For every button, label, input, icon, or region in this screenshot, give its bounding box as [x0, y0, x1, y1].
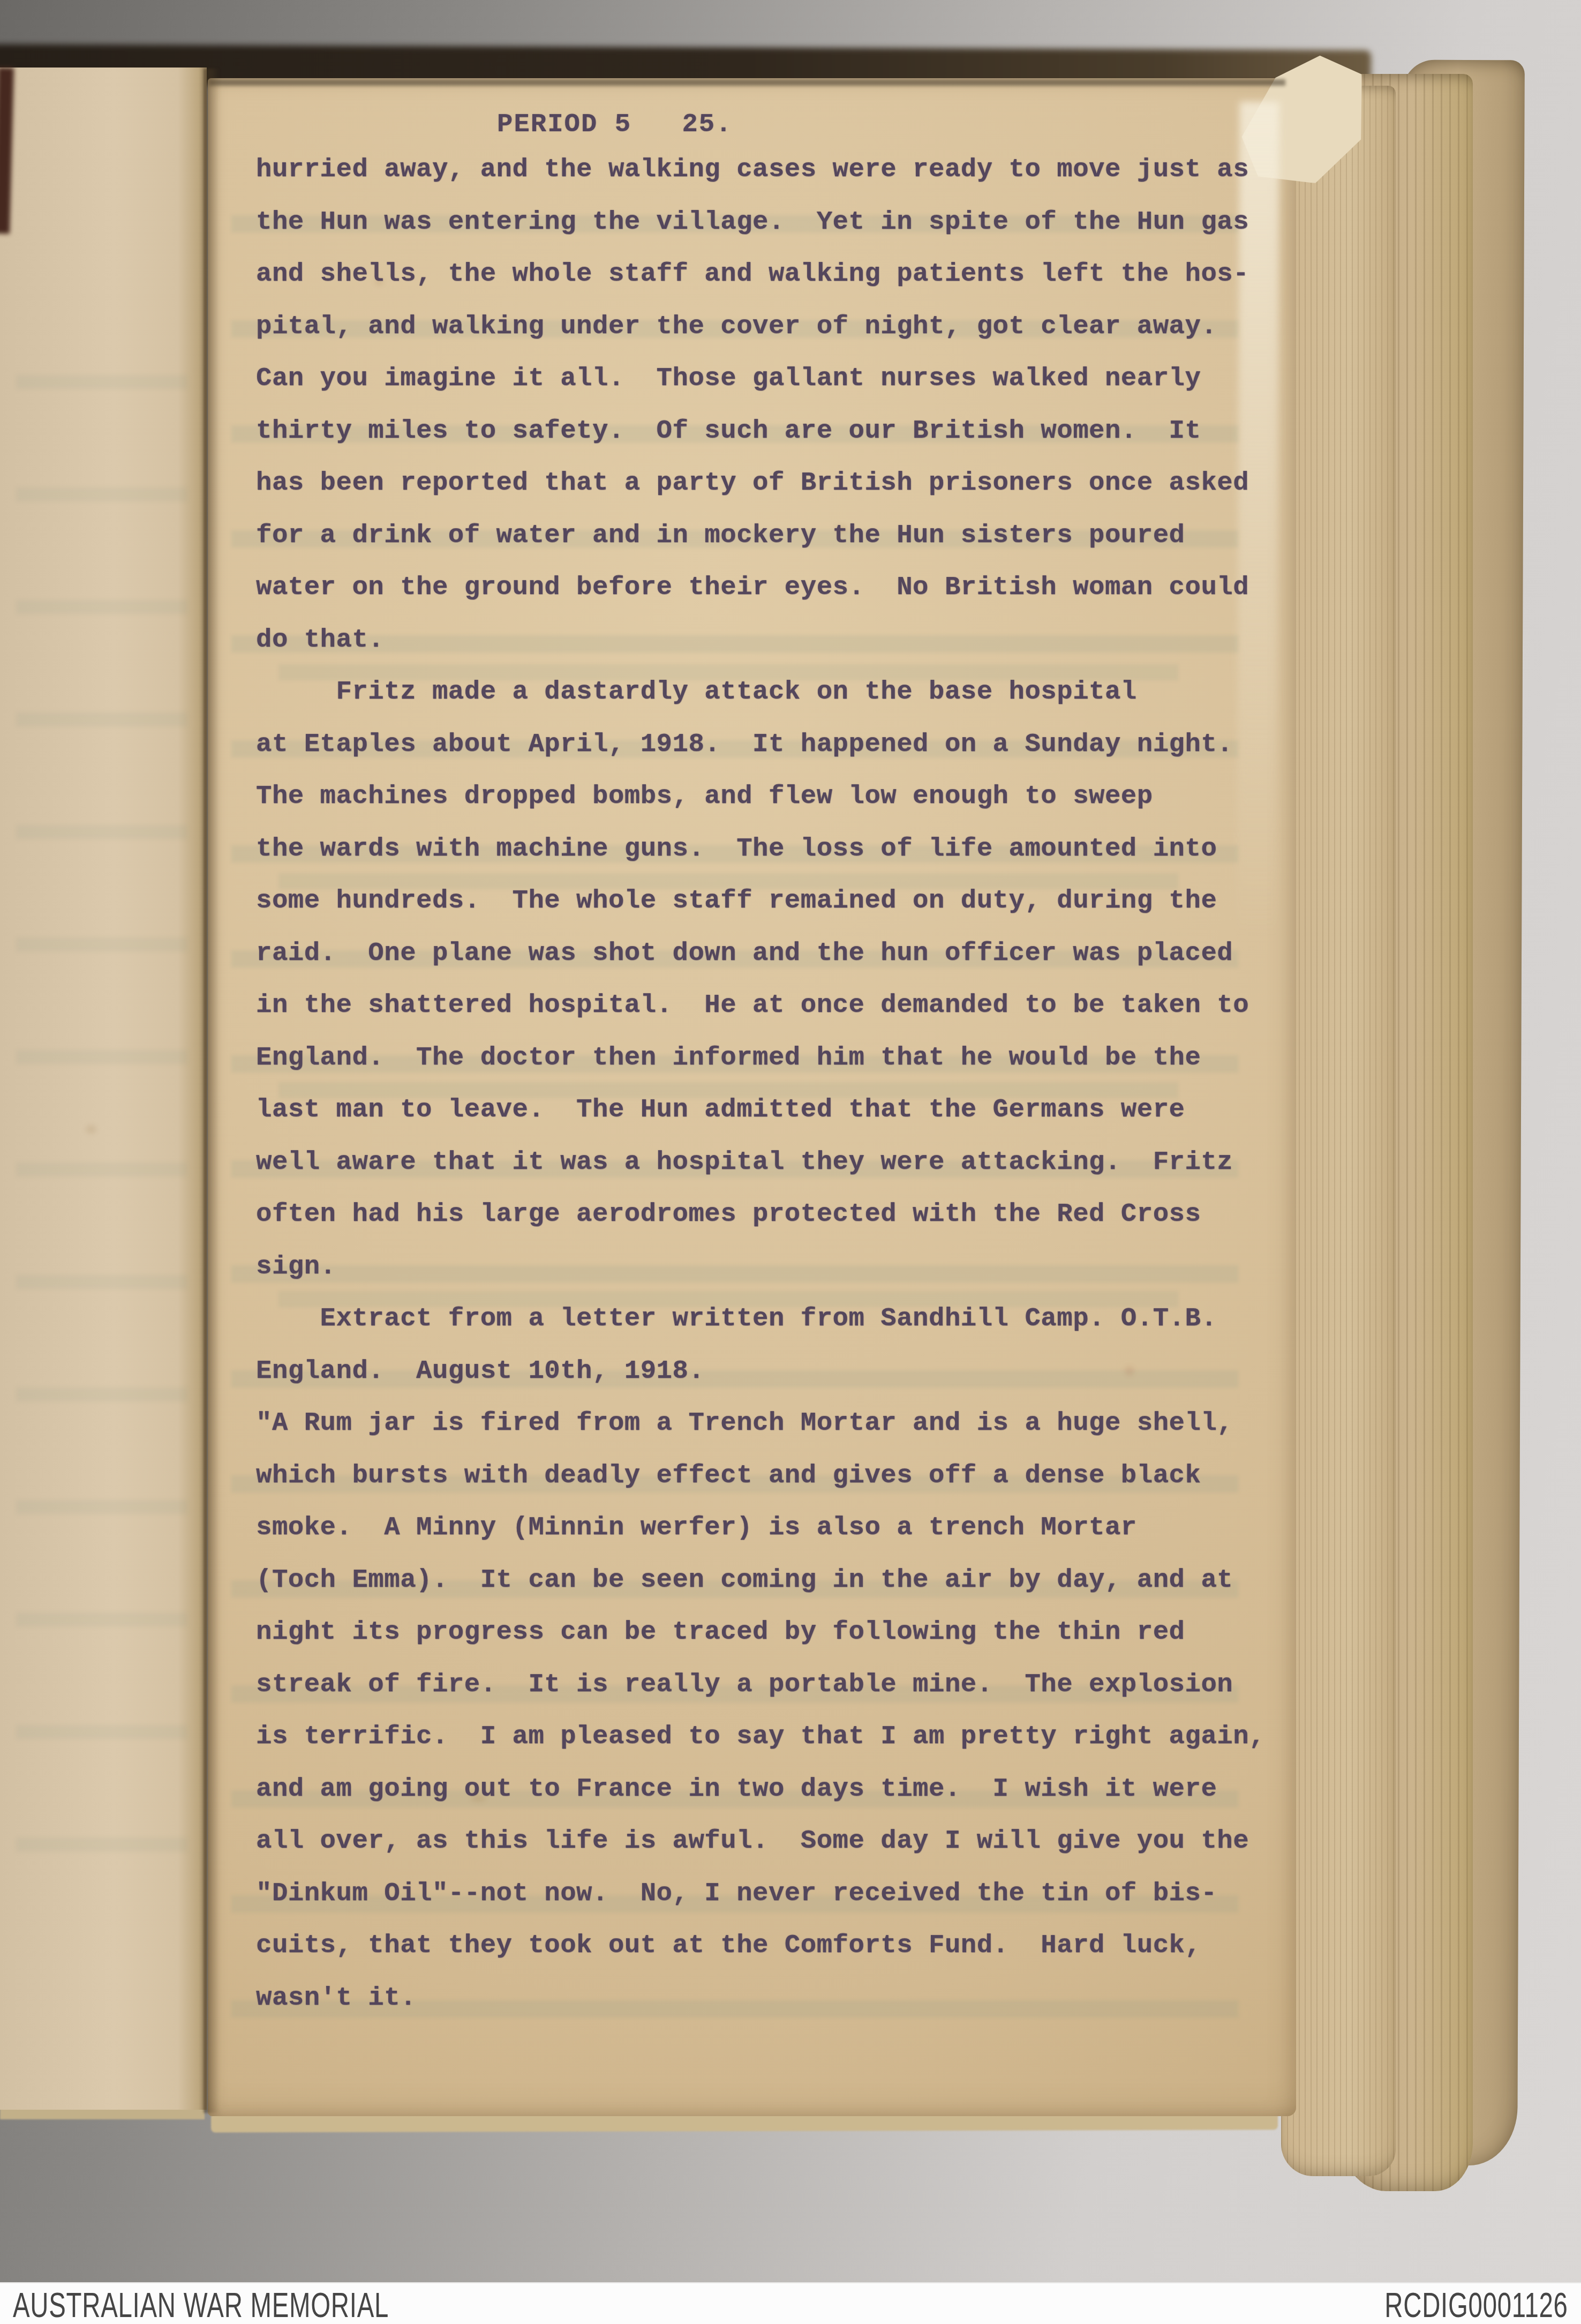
- typed-line: the wards with machine guns. The loss of…: [256, 823, 1316, 875]
- typed-line: all over, as this life is awful. Some da…: [256, 1815, 1316, 1868]
- typed-line: streak of fire. It is really a portable …: [256, 1659, 1316, 1711]
- typed-line: which bursts with deadly effect and give…: [256, 1450, 1316, 1502]
- typed-line: pital, and walking under the cover of ni…: [256, 301, 1316, 353]
- institution-name: AUSTRALIAN WAR MEMORIAL: [13, 2283, 389, 2324]
- typed-line: Can you imagine it all. Those gallant nu…: [256, 353, 1316, 405]
- typed-line: night its progress can be traced by foll…: [256, 1606, 1316, 1659]
- typed-line: raid. One plane was shot down and the hu…: [256, 927, 1316, 980]
- page-top-edge-streak: [209, 79, 1285, 86]
- typed-line: (Toch Emma). It can be seen coming in th…: [256, 1554, 1316, 1607]
- typed-line: at Etaples about April, 1918. It happene…: [256, 718, 1316, 771]
- typed-line: "Dinkum Oil"--not now. No, I never recei…: [256, 1868, 1316, 1920]
- typed-line: the Hun was entering the village. Yet in…: [256, 196, 1316, 249]
- typed-line: England. August 10th, 1918.: [256, 1345, 1316, 1398]
- book-gutter-shadow: [204, 69, 220, 2113]
- typed-line: water on the ground before their eyes. N…: [256, 561, 1316, 614]
- typed-line: and shells, the whole staff and walking …: [256, 248, 1316, 301]
- typed-line: sign.: [256, 1241, 1316, 1293]
- record-reference-id: RCDIG0001126: [1385, 2283, 1568, 2324]
- typed-line: often had his large aerodromes protected…: [256, 1188, 1316, 1241]
- typed-line: well aware that it was a hospital they w…: [256, 1136, 1316, 1189]
- typed-line: thirty miles to safety. Of such are our …: [256, 405, 1316, 458]
- typed-line: "A Rum jar is fired from a Trench Mortar…: [256, 1397, 1316, 1450]
- typed-line: England. The doctor then informed him th…: [256, 1032, 1316, 1084]
- typed-line: The machines dropped bombs, and flew low…: [256, 770, 1316, 823]
- scanned-diary-page-photo: PERIOD 5 25. hurried away, and the walki…: [0, 0, 1581, 2324]
- typed-line: has been reported that a party of Britis…: [256, 457, 1316, 509]
- typed-line: smoke. A Minny (Minnin werfer) is also a…: [256, 1502, 1316, 1554]
- typed-line: for a drink of water and in mockery the …: [256, 509, 1316, 562]
- typed-line: in the shattered hospital. He at once de…: [256, 979, 1316, 1032]
- typed-line: do that.: [256, 614, 1316, 666]
- typed-line: wasn't it.: [256, 1972, 1316, 2025]
- typed-line: is terrific. I am pleased to say that I …: [256, 1711, 1316, 1763]
- typed-line: last man to leave. The Hun admitted that…: [256, 1084, 1316, 1136]
- typed-line: hurried away, and the walking cases were…: [256, 144, 1316, 196]
- typed-line: Extract from a letter written from Sandh…: [256, 1293, 1316, 1345]
- typed-body-text: hurried away, and the walking cases were…: [256, 144, 1316, 2024]
- digitisation-footer-bar: AUSTRALIAN WAR MEMORIAL RCDIG0001126: [0, 2282, 1581, 2324]
- typed-line: cuits, that they took out at the Comfort…: [256, 1920, 1316, 1972]
- left-page-bleed-through-smudges: [16, 375, 187, 1929]
- typed-line: and am going out to France in two days t…: [256, 1763, 1316, 1816]
- paper-stain: [86, 1125, 96, 1134]
- typed-line: Fritz made a dastardly attack on the bas…: [256, 666, 1316, 718]
- typed-line: some hundreds. The whole staff remained …: [256, 875, 1316, 927]
- page-number-header: PERIOD 5 25.: [497, 109, 733, 139]
